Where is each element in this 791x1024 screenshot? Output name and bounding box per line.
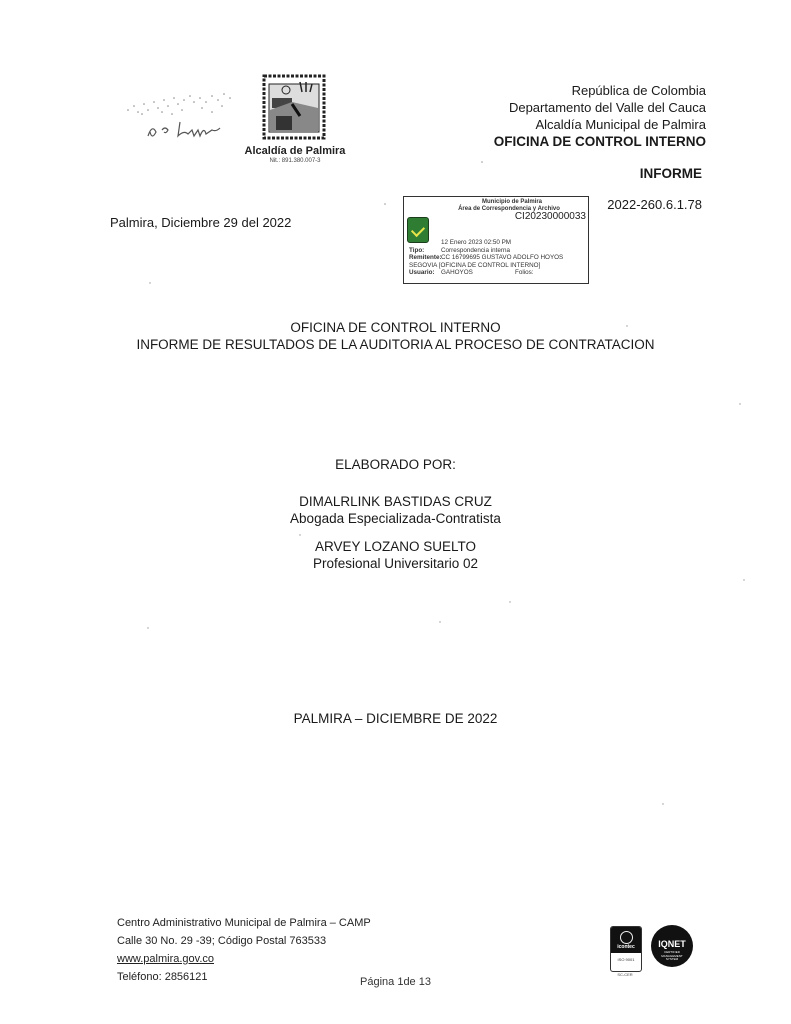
title-report: INFORME DE RESULTADOS DE LA AUDITORIA AL… <box>0 336 791 353</box>
website-link[interactable]: www.palmira.gov.co <box>117 953 214 965</box>
iqnet-name: IQNET <box>651 939 693 949</box>
icontec-sub: SC-CER <box>606 972 644 977</box>
country-line: República de Colombia <box>494 82 706 99</box>
office-line: OFICINA DE CONTROL INTERNO <box>494 133 706 150</box>
correspondence-stamp: Municipio de Palmira Área de Corresponde… <box>403 196 589 284</box>
author-name: ARVEY LOZANO SUELTO <box>0 538 791 555</box>
city-date: PALMIRA – DICIEMBRE DE 2022 <box>0 711 791 726</box>
date-line: Palmira, Diciembre 29 del 2022 <box>110 215 291 230</box>
page-number: Página 1de 13 <box>0 976 791 988</box>
crest-nit: Nit.: 891.380.007-3 <box>240 158 350 164</box>
stamp-usuario-label: Usuario: <box>409 269 441 277</box>
footer-address-2: Calle 30 No. 29 -39; Código Postal 76353… <box>117 932 371 950</box>
title-office: OFICINA DE CONTROL INTERNO <box>0 319 791 336</box>
stamp-tipo-value: Correspondencia interna <box>441 247 510 254</box>
stamp-datetime: 12 Enero 2023 02:50 PM <box>441 239 511 246</box>
stamp-usuario-value: GAHOYOS <box>441 269 515 277</box>
signature-image <box>118 92 238 142</box>
stamp-code: CI20230000033 <box>515 213 586 221</box>
stamp-remitente-value: CC 16799695 GUSTAVO ADOLFO HOYOS <box>441 254 563 261</box>
stamp-folios-label: Folios: <box>515 269 534 276</box>
icontec-certification-logo: icontec ISO 9001 <box>610 926 642 972</box>
icontec-iso: ISO 9001 <box>611 957 641 962</box>
alcaldia-crest-logo <box>262 74 326 140</box>
crest-title: Alcaldía de Palmira <box>240 145 350 157</box>
authors-heading: ELABORADO POR: <box>0 456 791 473</box>
author-role: Profesional Universitario 02 <box>0 555 791 572</box>
iqnet-certification-logo: IQNET CERTIFIED MANAGEMENT SYSTEM <box>651 925 693 967</box>
authors-block: ELABORADO POR: DIMALRLINK BASTIDAS CRUZ … <box>0 456 791 572</box>
department-line: Departamento del Valle del Cauca <box>494 99 706 116</box>
footer-address-1: Centro Administrativo Municipal de Palmi… <box>117 914 371 932</box>
municipality-line: Alcaldía Municipal de Palmira <box>494 116 706 133</box>
report-title: OFICINA DE CONTROL INTERNO INFORME DE RE… <box>0 319 791 353</box>
document-type: INFORME <box>640 166 702 181</box>
letterhead-right: República de Colombia Departamento del V… <box>494 82 706 150</box>
document-code: 2022-260.6.1.78 <box>607 197 702 212</box>
stamp-tipo-label: Tipo: <box>409 247 441 255</box>
author-role: Abogada Especializada-Contratista <box>0 510 791 527</box>
stamp-remitente-value-2: SEGOVIA [OFICINA DE CONTROL INTERNO] <box>409 262 540 269</box>
iqnet-sub: CERTIFIED MANAGEMENT SYSTEM <box>657 951 687 962</box>
icontec-name: icontec <box>611 944 641 950</box>
author-name: DIMALRLINK BASTIDAS CRUZ <box>0 493 791 510</box>
stamp-remitente-label: Remitente: <box>409 254 441 262</box>
